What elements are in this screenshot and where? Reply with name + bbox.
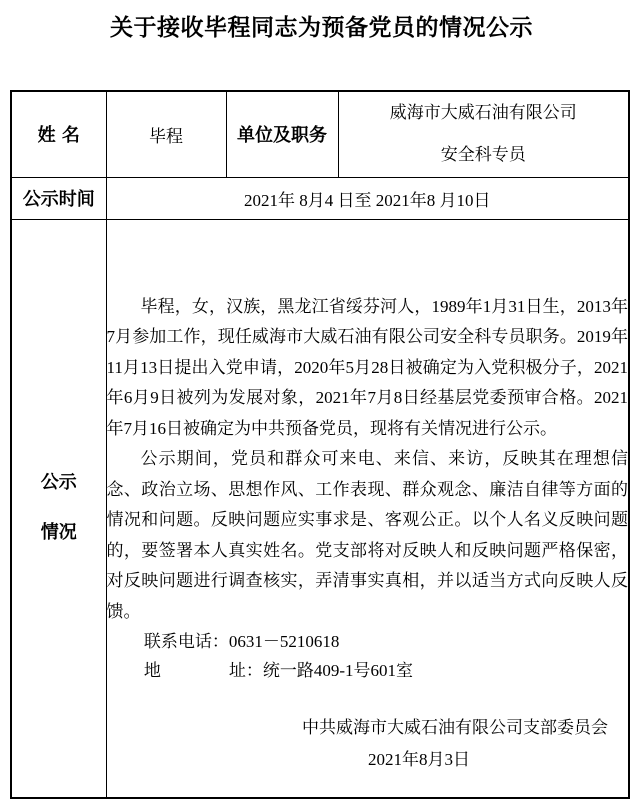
table-row-publicity-situation: 公示 情况 毕程，女，汉族，黑龙江省绥芬河人，1989年1月31日生，2013年… xyxy=(11,219,629,798)
notice-table: 姓 名 毕程 单位及职务 威海市大威石油有限公司 安全科专员 公示时间 2021… xyxy=(10,90,630,799)
situation-label-cell: 公示 情况 xyxy=(11,219,106,798)
unit-position-line: 安全科专员 xyxy=(339,134,629,176)
issue-date: 2021年8月3日 xyxy=(107,743,629,777)
unit-value-cell: 威海市大威石油有限公司 安全科专员 xyxy=(338,91,629,177)
name-value-cell: 毕程 xyxy=(106,91,226,177)
unit-label-cell: 单位及职务 xyxy=(226,91,338,177)
unit-company-line: 威海市大威石油有限公司 xyxy=(339,92,629,134)
situation-label-line2: 情况 xyxy=(12,508,106,558)
contact-phone-line: 联系电话：0631－5210618 xyxy=(107,627,629,656)
situation-label-line1: 公示 xyxy=(12,458,106,508)
feedback-instructions-paragraph: 公示期间，党员和群众可来电、来信、来访，反映其在理想信念、政治立场、思想作风、工… xyxy=(107,444,629,627)
issuing-committee-signature: 中共威海市大威石油有限公司支部委员会 xyxy=(107,713,629,743)
contact-address-line: 地 址：统一路409-1号601室 xyxy=(107,656,629,685)
biography-paragraph: 毕程，女，汉族，黑龙江省绥芬河人，1989年1月31日生，2013年7月参加工作… xyxy=(107,292,629,445)
notice-document-page: 关于接收毕程同志为预备党员的情况公示 姓 名 毕程 单位及职务 威海市大威石油有… xyxy=(0,0,643,811)
document-title: 关于接收毕程同志为预备党员的情况公示 xyxy=(0,0,643,42)
table-row-publicity-time: 公示时间 2021年 8月4 日至 2021年8 月10日 xyxy=(11,177,629,219)
time-label-cell: 公示时间 xyxy=(11,177,106,219)
situation-content: 毕程，女，汉族，黑龙江省绥芬河人，1989年1月31日生，2013年7月参加工作… xyxy=(107,240,629,778)
table-row-name-unit: 姓 名 毕程 单位及职务 威海市大威石油有限公司 安全科专员 xyxy=(11,91,629,177)
time-value-cell: 2021年 8月4 日至 2021年8 月10日 xyxy=(106,177,629,219)
situation-content-cell: 毕程，女，汉族，黑龙江省绥芬河人，1989年1月31日生，2013年7月参加工作… xyxy=(106,219,629,798)
name-label-cell: 姓 名 xyxy=(11,91,106,177)
